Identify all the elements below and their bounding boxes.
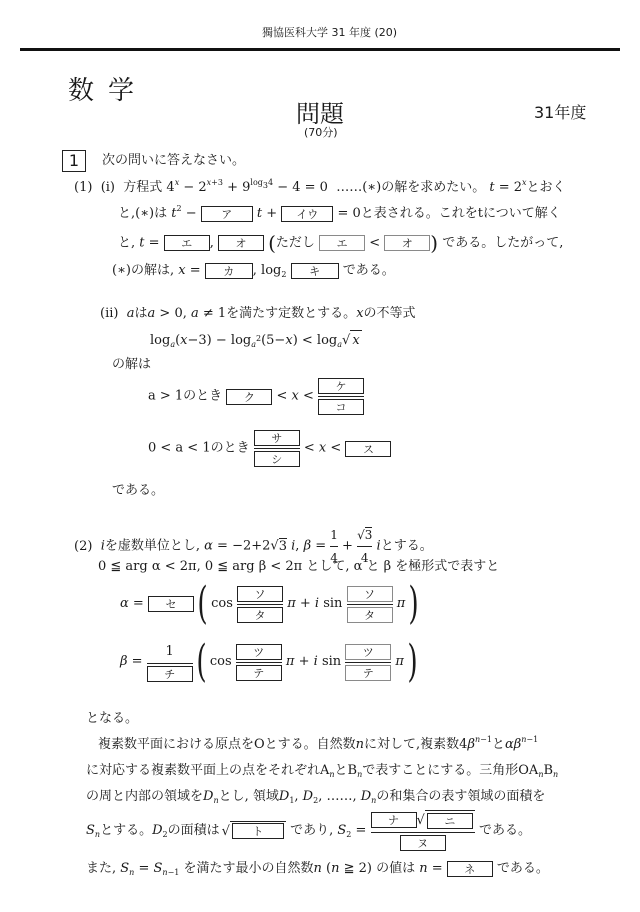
answer-box-e-ref: エ	[319, 235, 365, 251]
answer-box-o: オ	[218, 235, 264, 251]
answer-box-a: ア	[201, 206, 253, 222]
header-rule	[20, 48, 620, 51]
answer-box-ki: キ	[291, 263, 339, 279]
answer-box-su: ス	[345, 441, 391, 457]
answer-box-nu: ヌ	[400, 835, 446, 851]
question-1-i-line4: (∗)の解は, x = カ, log2 キ である。	[112, 262, 395, 280]
answer-box-so-ref: ソ	[347, 586, 393, 602]
question-1-i-line3: と, t = エ, オ (ただし エ < オ) である。したがって,	[118, 234, 563, 253]
answer-box-so: ソ	[237, 586, 283, 602]
alpha-polar-form: α = セ ( cos ソタ π + i sin ソタ π )	[120, 582, 422, 626]
question-2-line2: 0 ≦ arg α < 2π, 0 ≦ arg β < 2π として, α と …	[98, 558, 499, 576]
subject-title: 数学	[68, 70, 148, 107]
case-a-lt-1: 0 < a < 1のとき サ シ < x < ス	[148, 430, 391, 467]
para-2: に対応する複素数平面上の点をそれぞれAnとBnで表すことにする。三角形OAnBn	[86, 762, 558, 780]
answer-box-te-ref: テ	[345, 665, 391, 681]
answer-box-ni: ニ	[427, 813, 473, 829]
para-4: Snとする。D2の面積は √ト であり, S2 = ナ√ニ ヌ である。	[86, 810, 531, 851]
answer-box-ku: ク	[226, 389, 272, 405]
answer-box-e: エ	[164, 235, 210, 251]
case-a-gt-1: a > 1のとき ク < x < ケ コ	[148, 378, 364, 415]
naru: となる。	[86, 710, 138, 728]
question-1-i-line2: と,(∗)は t2 − ア t + イウ = 0と表される。これをtについて解く	[118, 205, 561, 223]
para-1: 複素数平面における原点をOとする。自然数nに対して,複素数4βn−1とαβn−1	[98, 736, 538, 754]
answer-box-te: テ	[236, 665, 282, 681]
answer-box-tsu-ref: ツ	[345, 644, 391, 660]
year-label: 31年度	[534, 100, 586, 123]
problem-instruction: 次の問いに答えなさい。	[102, 152, 245, 170]
question-1-ii-line1: (ii) aはa > 0, a ≠ 1を満たす定数とする。xの不等式	[100, 305, 416, 323]
answer-box-to: ト	[232, 823, 284, 839]
answer-box-shi: シ	[254, 451, 300, 467]
answer-box-se: セ	[148, 596, 194, 612]
answer-box-ka: カ	[205, 263, 253, 279]
answer-box-tsu: ツ	[236, 644, 282, 660]
inequality: loga(x−3) − loga2(5−x) < loga√x	[150, 330, 362, 350]
solution-intro: の解は	[112, 356, 151, 374]
answer-box-na: ナ	[371, 812, 417, 828]
beta-polar-form: β = 1チ ( cos ツテ π + i sin ツテ π )	[120, 640, 421, 684]
answer-box-iu: イウ	[281, 206, 333, 222]
duration: (70分)	[304, 124, 338, 140]
answer-box-chi: チ	[147, 666, 193, 682]
running-header: 獨協医科大学 31 年度 (20)	[262, 24, 397, 40]
answer-box-ne: ネ	[447, 861, 493, 877]
question-1-i-line1: (1) (i) 方程式 4x − 2x+3 + 9log34 − 4 = 0 ……	[74, 179, 566, 197]
problem-number: 1	[62, 150, 86, 172]
closing-1: である。	[112, 482, 164, 500]
answer-box-o-ref: オ	[384, 235, 430, 251]
answer-box-ta-ref: タ	[347, 607, 393, 623]
answer-box-sa: サ	[254, 430, 300, 446]
para-5: また, Sn = Sn−1 を満たす最小の自然数n (n ≧ 2) の値は n …	[86, 860, 549, 878]
answer-box-ko: コ	[318, 399, 364, 415]
answer-box-ta: タ	[237, 607, 283, 623]
para-3: の周と内部の領域をDnとし, 領域D1, D2, ……, Dnの和集合の表す領域…	[86, 788, 545, 806]
answer-box-ke: ケ	[318, 378, 364, 394]
